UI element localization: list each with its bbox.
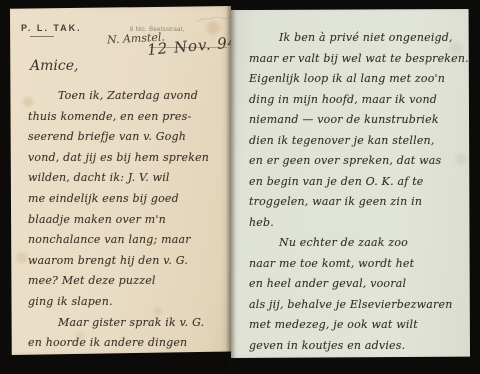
letter-line: met medezeg, je ook wat wilt bbox=[249, 315, 467, 336]
left-page: P. L. TAK. 8 Nic. Beetsstraat, N. Amstel… bbox=[10, 6, 231, 355]
right-page-text: Ik ben à privé niet ongeneigd, maar er v… bbox=[249, 28, 467, 356]
letter-line: mee? Met deze puzzel bbox=[28, 271, 228, 292]
letter-line: thuis komende, en een pres- bbox=[28, 107, 228, 128]
letter-line: en heel ander geval, vooral bbox=[249, 274, 467, 295]
letter-line: Nu echter de zaak zoo bbox=[249, 233, 467, 254]
letter-line: me eindelijk eens bij goed bbox=[28, 189, 228, 210]
letter-line: nonchalance van lang; maar bbox=[28, 230, 228, 251]
salutation: Amice, bbox=[30, 58, 78, 74]
left-page-text: Toen ik, Zaterdag avond thuis komende, e… bbox=[28, 86, 228, 354]
letter-line: Toen ik, Zaterdag avond bbox=[28, 86, 228, 107]
letter-line: geven in koutjes en advies. bbox=[249, 336, 467, 357]
letter-line: vond, dat jij es bij hem spreken bbox=[28, 148, 228, 169]
letter-line: en begin van je den O. K. af te bbox=[249, 172, 467, 193]
letter-line: maar er valt bij wel wat te bespreken. bbox=[249, 49, 467, 70]
letter-line: naar me toe komt, wordt het bbox=[249, 254, 467, 275]
letter-line: seerend briefje van v. Gogh bbox=[28, 127, 228, 148]
sender-underline bbox=[30, 36, 54, 37]
letter-line: niemand — voor de kunstrubriek bbox=[249, 110, 467, 131]
letter-line: en hoorde ik andere dingen bbox=[28, 333, 228, 354]
letter-line: ding in mijn hoofd, maar ik vond bbox=[249, 90, 467, 111]
letter-line: heb. bbox=[249, 213, 467, 234]
sender-name: P. L. TAK. bbox=[21, 23, 82, 33]
letter-line: dien ik tegenover je kan stellen, bbox=[249, 131, 467, 152]
letter-photo: P. L. TAK. 8 Nic. Beetsstraat, N. Amstel… bbox=[0, 0, 480, 374]
letter-line: als jij, behalve je Elsevierbezwaren bbox=[249, 295, 467, 316]
letter-line: ging ik slapen. bbox=[28, 292, 228, 313]
right-page: Ik ben à privé niet ongeneigd, maar er v… bbox=[231, 9, 470, 358]
letter-line: Eigenlijk loop ik al lang met zoo'n bbox=[249, 69, 467, 90]
letter-line: wilden, dacht ik: J. V. wil bbox=[28, 168, 228, 189]
letter-line: Maar gister sprak ik v. G. bbox=[28, 313, 228, 334]
letter-line: blaadje maken over m'n bbox=[28, 210, 228, 231]
letter-line: en er geen over spreken, dat was bbox=[249, 151, 467, 172]
letter-line: waarom brengt hij den v. G. bbox=[28, 251, 228, 272]
letter-line: Ik ben à privé niet ongeneigd, bbox=[249, 28, 467, 49]
pencil-annotation bbox=[195, 12, 231, 26]
letter-line: troggelen, waar ik geen zin in bbox=[249, 192, 467, 213]
